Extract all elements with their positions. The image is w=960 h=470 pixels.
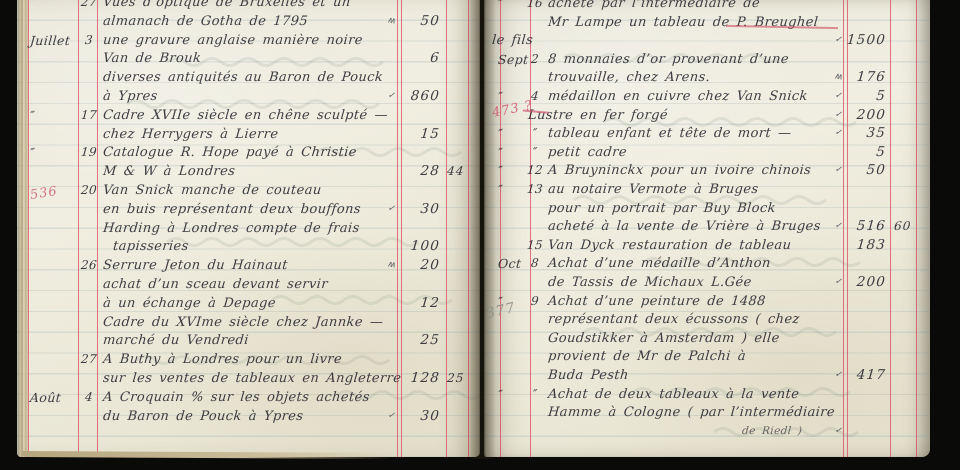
- entry-text: tapisseries: [112, 238, 189, 255]
- day-number: 8: [523, 255, 546, 272]
- entry-text: provient de Mr de Palchi à: [547, 348, 746, 365]
- entry-text: du Baron de Pouck à Ypres: [102, 408, 304, 425]
- red-column-rule: [446, 0, 447, 457]
- entry-text: Vues d’optique de Bruxelles et un: [102, 0, 351, 11]
- entry-text: tableau enfant et tête de mort —: [547, 125, 792, 142]
- entry-text: Cadre XVIIe siècle en chêne sculpté —: [102, 107, 388, 124]
- day-number: 12: [523, 162, 546, 179]
- day-number: 26: [78, 257, 99, 274]
- month-label: ″: [497, 181, 504, 198]
- entry-text: Van de Brouk: [102, 50, 202, 67]
- entry-text: en buis représentant deux bouffons: [102, 201, 361, 218]
- amount-francs: 12: [399, 295, 440, 312]
- entry-text: Serrure Jeton du Hainaut: [102, 257, 288, 274]
- amount-francs: 183: [837, 237, 886, 254]
- amount-francs: 35: [837, 125, 886, 142]
- entry-text: pour un portrait par Buy Block: [547, 200, 776, 217]
- entry-text: trouvaille, chez Arens.: [547, 69, 711, 86]
- day-number: 17: [78, 107, 99, 124]
- amount-francs: 30: [399, 201, 440, 218]
- amount-francs: 200: [837, 107, 886, 124]
- amount-cents: 60: [893, 218, 912, 235]
- amount-francs: 15: [399, 126, 440, 143]
- entry-text: almanach de Gotha de 1795: [102, 13, 308, 30]
- day-number: 15: [523, 237, 546, 254]
- day-number: 3: [78, 32, 99, 49]
- day-number: 4: [78, 389, 99, 406]
- day-number: 27: [78, 351, 99, 368]
- check-mark: ✓: [387, 203, 397, 214]
- check-mark: ✓: [387, 91, 397, 102]
- amount-cents: 44: [446, 163, 465, 180]
- day-number: 19: [78, 144, 99, 161]
- day-number: 20: [78, 182, 99, 199]
- entry-text: Buda Pesth: [547, 367, 629, 384]
- month-label: ″: [29, 144, 36, 161]
- entry-text: A Buthy à Londres pour un livre: [102, 351, 342, 368]
- entry-text: Cadre du XVIme siècle chez Jannke —: [102, 314, 384, 331]
- entry-text: à Ypres: [102, 88, 158, 105]
- red-column-rule: [28, 0, 29, 457]
- month-label: ″: [29, 107, 36, 124]
- amount-francs: 20: [399, 257, 440, 274]
- amount-francs: 6: [399, 50, 440, 67]
- entry-text: marché du Vendredi: [102, 332, 249, 349]
- ledger-left-page: ″27Vues d’optique de Bruxelles et unalma…: [17, 0, 480, 457]
- entry-text: Achat d’une médaille d’Anthon: [547, 255, 771, 272]
- entry-text: au notaire Vermote à Bruges: [547, 181, 759, 198]
- entry-text: Hamme à Cologne ( par l’intermédiaire: [547, 404, 835, 421]
- entry-text: petit cadre: [547, 144, 627, 161]
- entry-text: de Tassis de Michaux L.Gée: [547, 274, 752, 291]
- red-column-rule: [401, 0, 402, 457]
- entry-text: sur les ventes de tableaux en Angleterre: [102, 370, 402, 387]
- entry-text: Harding à Londres compte de frais: [102, 220, 360, 237]
- amount-francs: 860: [399, 88, 440, 105]
- entry-text: Van Snick manche de couteau: [102, 182, 322, 199]
- month-label: ″: [497, 386, 504, 403]
- entry-text: Goudstikker à Amsterdam ) elle: [547, 330, 780, 347]
- red-column-rule: [397, 0, 398, 457]
- amount-francs: 25: [399, 332, 440, 349]
- red-column-rule: [890, 0, 891, 457]
- day-number: 16: [523, 0, 546, 12]
- amount-francs: 28: [399, 163, 440, 180]
- month-label: Août: [29, 389, 62, 406]
- amount-francs: 100: [399, 238, 440, 255]
- entry-text: Achat d’une peinture de 1488: [547, 293, 766, 310]
- entry-text: diverses antiquités au Baron de Pouck: [102, 69, 384, 86]
- entry-text: représentant deux écussons ( chez: [547, 311, 800, 328]
- entry-text: Lustre en fer forgé: [527, 107, 668, 124]
- month-label: Juillet: [29, 32, 71, 49]
- month-label: ″: [497, 144, 504, 161]
- amount-francs: 5: [837, 144, 886, 161]
- entry-text: Achat de deux tableaux à la vente: [547, 386, 800, 403]
- amount-francs: 5: [837, 88, 886, 105]
- ledger-scan: ″27Vues d’optique de Bruxelles et unalma…: [0, 0, 960, 470]
- day-number: 27: [78, 0, 99, 11]
- amount-francs: 128: [399, 370, 440, 387]
- page-stack-bottom-edge: [22, 451, 392, 459]
- amount-francs: 516: [837, 218, 886, 235]
- amount-francs: 200: [837, 274, 886, 291]
- month-label: Oct: [497, 255, 522, 272]
- ledger-right-page: ″16acheté par l’intermédiaire deMr Lampe…: [484, 0, 930, 457]
- entry-text: de Riedl ): [741, 423, 803, 440]
- entry-text: médaillon en cuivre chez Van Snick: [547, 88, 808, 105]
- entry-text: à un échange à Depage: [102, 295, 276, 312]
- book-spine-edge: [17, 0, 28, 457]
- entry-text: Van Dyck restauration de tableau: [547, 237, 792, 254]
- entry-text: A Bruyninckx pour un ivoire chinois: [547, 162, 812, 179]
- entry-text: Mr Lampe un tableau de P. Breughel: [547, 14, 819, 31]
- amount-francs: 30: [399, 408, 440, 425]
- check-mark: ʍ: [387, 15, 397, 26]
- amount-francs: 50: [399, 13, 440, 30]
- check-mark: ʍ: [387, 260, 397, 271]
- amount-francs: 50: [837, 162, 886, 179]
- month-label: ″: [497, 0, 504, 12]
- book-gutter-shadow: [468, 0, 496, 459]
- day-number: 13: [523, 181, 546, 198]
- amount-cents: 25: [446, 370, 465, 387]
- month-label: ″: [497, 162, 504, 179]
- entry-text: acheté à la vente de Vrière à Bruges: [547, 218, 821, 235]
- check-mark: ✓: [387, 410, 397, 421]
- entry-text: Catalogue R. Hope payé à Christie: [102, 144, 357, 161]
- month-label: ″: [497, 88, 504, 105]
- entry-text: M & W à Londres: [102, 163, 236, 180]
- entry-text: 8 monnaies d’or provenant d’une: [547, 51, 789, 68]
- day-number: ″: [523, 125, 546, 142]
- entry-text: une gravure anglaise manière noire: [102, 32, 363, 49]
- day-number: ″: [523, 144, 546, 161]
- amount-francs: 176: [837, 69, 886, 86]
- day-number: 2: [523, 51, 546, 68]
- entry-text: chez Herrygers à Lierre: [102, 126, 279, 143]
- red-column-rule: [916, 0, 917, 457]
- month-label: ″: [29, 0, 36, 11]
- entry-text: achat d’un sceau devant servir: [102, 276, 328, 293]
- day-number: 9: [523, 293, 546, 310]
- entry-text: le fils: [491, 32, 534, 49]
- ghost-writing: [167, 239, 419, 246]
- entry-text: acheté par l’intermédiaire de: [547, 0, 761, 12]
- entry-text: A Croquain % sur les objets achetés: [102, 389, 370, 406]
- month-label: ″: [497, 125, 504, 142]
- day-number: ″: [523, 386, 546, 403]
- amount-francs: 1500: [837, 32, 886, 49]
- amount-francs: 417: [837, 367, 886, 384]
